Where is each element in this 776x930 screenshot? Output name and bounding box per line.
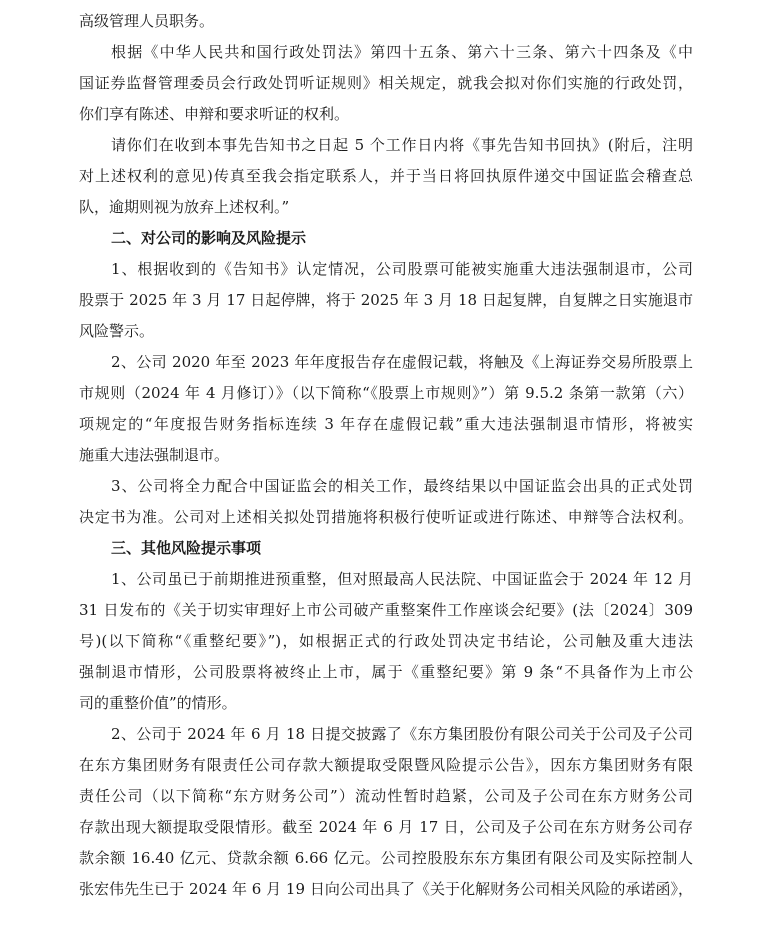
section-heading: 三、其他风险提示事项: [79, 533, 693, 564]
paragraph-line: 风险警示。: [79, 316, 693, 347]
paragraph-line: 股票于 2025 年 3 月 17 日起停牌，将于 2025 年 3 月 18 …: [79, 285, 693, 316]
paragraph-line: 国证券监督管理委员会行政处罚听证规则》相关规定，就我会拟对你们实施的行政处罚，: [79, 68, 693, 99]
paragraph-line: 对上述权利的意见)传真至我会指定联系人，并于当日将回执原件递交中国证监会稽查总: [79, 161, 693, 192]
paragraph-line: 1、公司虽已于前期推进预重整，但对照最高人民法院、中国证监会于 2024 年 1…: [79, 564, 693, 595]
paragraph-line: 请你们在收到本事先告知书之日起 5 个工作日内将《事先告知书回执》(附后，注明: [79, 130, 693, 161]
paragraph-line: 2、公司 2020 年至 2023 年年度报告存在虚假记载，将触及《上海证券交易…: [79, 347, 693, 378]
paragraph-line: 你们享有陈述、申辩和要求听证的权利。: [79, 99, 693, 130]
paragraph-line: 根据《中华人民共和国行政处罚法》第四十五条、第六十三条、第六十四条及《中: [79, 37, 693, 68]
document-page: 高级管理人员职务。 根据《中华人民共和国行政处罚法》第四十五条、第六十三条、第六…: [79, 6, 693, 905]
paragraph-line: 司的重整价值”的情形。: [79, 688, 693, 719]
paragraph-line: 2、公司于 2024 年 6 月 18 日提交披露了《东方集团股份有限公司关于公…: [79, 719, 693, 750]
paragraph-line: 队，逾期则视为放弃上述权利。”: [79, 192, 693, 223]
section-heading: 二、对公司的影响及风险提示: [79, 223, 693, 254]
paragraph-line: 市规则（2024 年 4 月修订）》（以下简称“《股票上市规则》”）第 9.5.…: [79, 378, 693, 409]
paragraph-line: 施重大违法强制退市。: [79, 440, 693, 471]
paragraph-line: 存款出现大额提取受限情形。截至 2024 年 6 月 17 日，公司及子公司在东…: [79, 812, 693, 843]
paragraph-line: 款余额 16.40 亿元、贷款余额 6.66 亿元。公司控股股东东方集团有限公司…: [79, 843, 693, 874]
paragraph-line: 在东方集团财务有限责任公司存款大额提取受限暨风险提示公告》，因东方集团财务有限: [79, 750, 693, 781]
paragraph-line: 1、根据收到的《告知书》认定情况，公司股票可能被实施重大违法强制退市，公司: [79, 254, 693, 285]
paragraph-line: 张宏伟先生已于 2024 年 6 月 19 日向公司出具了《关于化解财务公司相关…: [79, 874, 693, 905]
paragraph-line: 决定书为准。公司对上述相关拟处罚措施将积极行使听证或进行陈述、申辩等合法权利。: [79, 502, 693, 533]
paragraph-line: 3、公司将全力配合中国证监会的相关工作，最终结果以中国证监会出具的正式处罚: [79, 471, 693, 502]
paragraph-line: 31 日发布的《关于切实审理好上市公司破产重整案件工作座谈会纪要》(法〔2024…: [79, 595, 693, 626]
paragraph-line: 责任公司（以下简称“东方财务公司”）流动性暂时趋紧，公司及子公司在东方财务公司: [79, 781, 693, 812]
paragraph-line: 号)(以下简称“《重整纪要》”)，如根据正式的行政处罚决定书结论，公司触及重大违…: [79, 626, 693, 657]
paragraph-line: 强制退市情形，公司股票将被终止上市，属于《重整纪要》第 9 条“不具备作为上市公: [79, 657, 693, 688]
paragraph-line: 项规定的“年度报告财务指标连续 3 年存在虚假记载”重大违法强制退市情形，将被实: [79, 409, 693, 440]
paragraph-line: 高级管理人员职务。: [79, 6, 693, 37]
